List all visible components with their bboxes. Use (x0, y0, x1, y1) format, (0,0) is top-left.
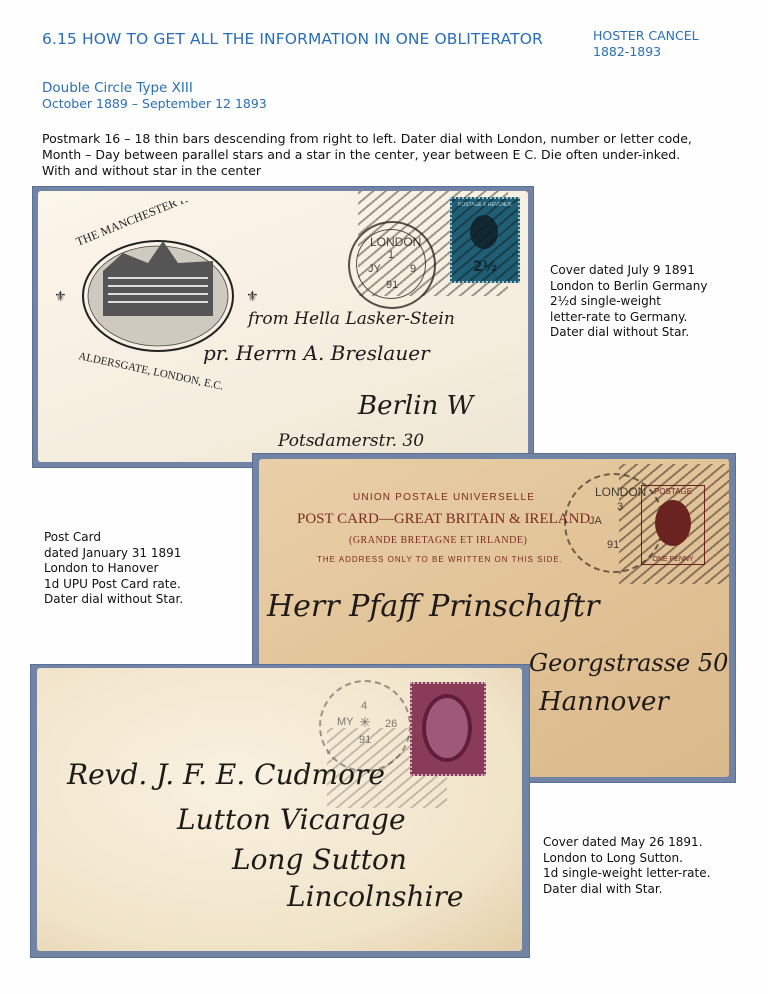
postmark-day: 26 (385, 718, 397, 730)
cancel-type-name: Double Circle Type XIII (42, 80, 267, 96)
caption-cover-berlin: Cover dated July 9 1891 London to Berlin… (550, 263, 707, 341)
postmark-code: 3 (617, 501, 623, 513)
handwritten-street: Georgstrasse 50 (529, 649, 728, 677)
handwritten-county: Lincolnshire (287, 880, 463, 913)
caption-line: Cover dated July 9 1891 (550, 263, 707, 279)
cancel-type-period: October 1889 – September 12 1893 (42, 96, 267, 112)
imprinted-stamp-one-penny: POSTAGE ONE PENNY (641, 485, 705, 565)
svg-text:⚜: ⚜ (246, 289, 259, 305)
caption-line: London to Hanover (44, 561, 183, 577)
caption-line: Cover dated May 26 1891. (543, 835, 710, 851)
postmark-code: 4 (361, 700, 367, 712)
card-heading-french: (GRANDE BRETAGNE ET IRLANDE) (349, 535, 527, 546)
postmark-year: 91 (386, 279, 398, 291)
postmark-month: JA (589, 515, 602, 527)
caption-postcard-hanover: Post Card dated January 31 1891 London t… (44, 530, 183, 608)
postmark-code: 1 (388, 249, 394, 261)
caption-cover-long-sutton: Cover dated May 26 1891. London to Long … (543, 835, 710, 897)
section-label-years: 1882-1893 (593, 44, 699, 60)
card-heading-postcard: POST CARD—GREAT BRITAIN & IRELAND (297, 511, 590, 528)
queen-portrait-icon (422, 694, 472, 762)
postmark-town: LONDON (370, 235, 421, 249)
svg-text:⚜: ⚜ (54, 289, 67, 305)
postmark-day: 9 (410, 263, 416, 275)
caption-line: Dater dial without Star. (44, 592, 183, 608)
handwritten-addressee: Revd. J. F. E. Cudmore (67, 758, 385, 791)
caption-line: dated January 31 1891 (44, 546, 183, 562)
handwritten-sender: from Hella Lasker-Stein (248, 309, 455, 329)
handwritten-addressee: pr. Herrn A. Breslauer (203, 341, 430, 365)
postmark-year: 91 (359, 734, 371, 746)
caption-line: 1d UPU Post Card rate. (44, 577, 183, 593)
handwritten-addressee: Herr Pfaff Prinschaftr (267, 589, 599, 624)
stamp-2-half-pence: POSTAGE & REVENUE 2½ (450, 197, 520, 283)
caption-line: 2½d single-weight (550, 294, 707, 310)
cover-long-sutton: 4 MY ✳ 26 91 Revd. J. F. E. Cudmore Lutt… (37, 668, 522, 951)
stamp-value: ONE PENNY (642, 556, 704, 563)
postmark-month: MY (337, 716, 354, 728)
handwritten-house: Lutton Vicarage (177, 803, 406, 836)
stamp-cancel-bars (452, 199, 518, 281)
card-heading-upu: UNION POSTALE UNIVERSELLE (353, 492, 535, 503)
description: Postmark 16 – 18 thin bars descending fr… (42, 131, 732, 179)
caption-line: Dater dial without Star. (550, 325, 707, 341)
caption-line: letter-rate to Germany. (550, 310, 707, 326)
handwritten-city: Hannover (539, 687, 669, 717)
cancel-type-heading: Double Circle Type XIII October 1889 – S… (42, 80, 267, 112)
card-address-instruction: THE ADDRESS ONLY TO BE WRITTEN ON THIS S… (317, 555, 563, 564)
cover-berlin: THE MANCHESTER HOTEL ALDERSGATE, LONDON,… (38, 191, 528, 462)
postmark-star-icon: ✳ (359, 714, 371, 731)
postmark-year: 91 (607, 539, 619, 551)
description-line: Month – Day between parallel stars and a… (42, 147, 732, 163)
section-label: HOSTER CANCEL 1882-1893 (593, 28, 699, 60)
handwritten-city: Berlin W (358, 391, 473, 421)
handwritten-town: Long Sutton (232, 843, 407, 876)
caption-line: Dater dial with Star. (543, 882, 710, 898)
caption-line: Post Card (44, 530, 183, 546)
postmark-month: JY (368, 263, 381, 275)
caption-line: London to Long Sutton. (543, 851, 710, 867)
postmark-town: LONDON (595, 485, 646, 499)
caption-line: London to Berlin Germany (550, 279, 707, 295)
stamp-penny-lilac (410, 682, 486, 776)
stamp-label: POSTAGE (642, 487, 704, 496)
description-line: With and without star in the center (42, 163, 732, 179)
handwritten-street: Potsdamerstr. 30 (278, 431, 424, 451)
description-line: Postmark 16 – 18 thin bars descending fr… (42, 131, 732, 147)
queen-portrait-icon (655, 500, 691, 546)
page-title: 6.15 HOW TO GET ALL THE INFORMATION IN O… (42, 30, 543, 48)
caption-line: 1d single-weight letter-rate. (543, 866, 710, 882)
section-label-name: HOSTER CANCEL (593, 28, 699, 44)
